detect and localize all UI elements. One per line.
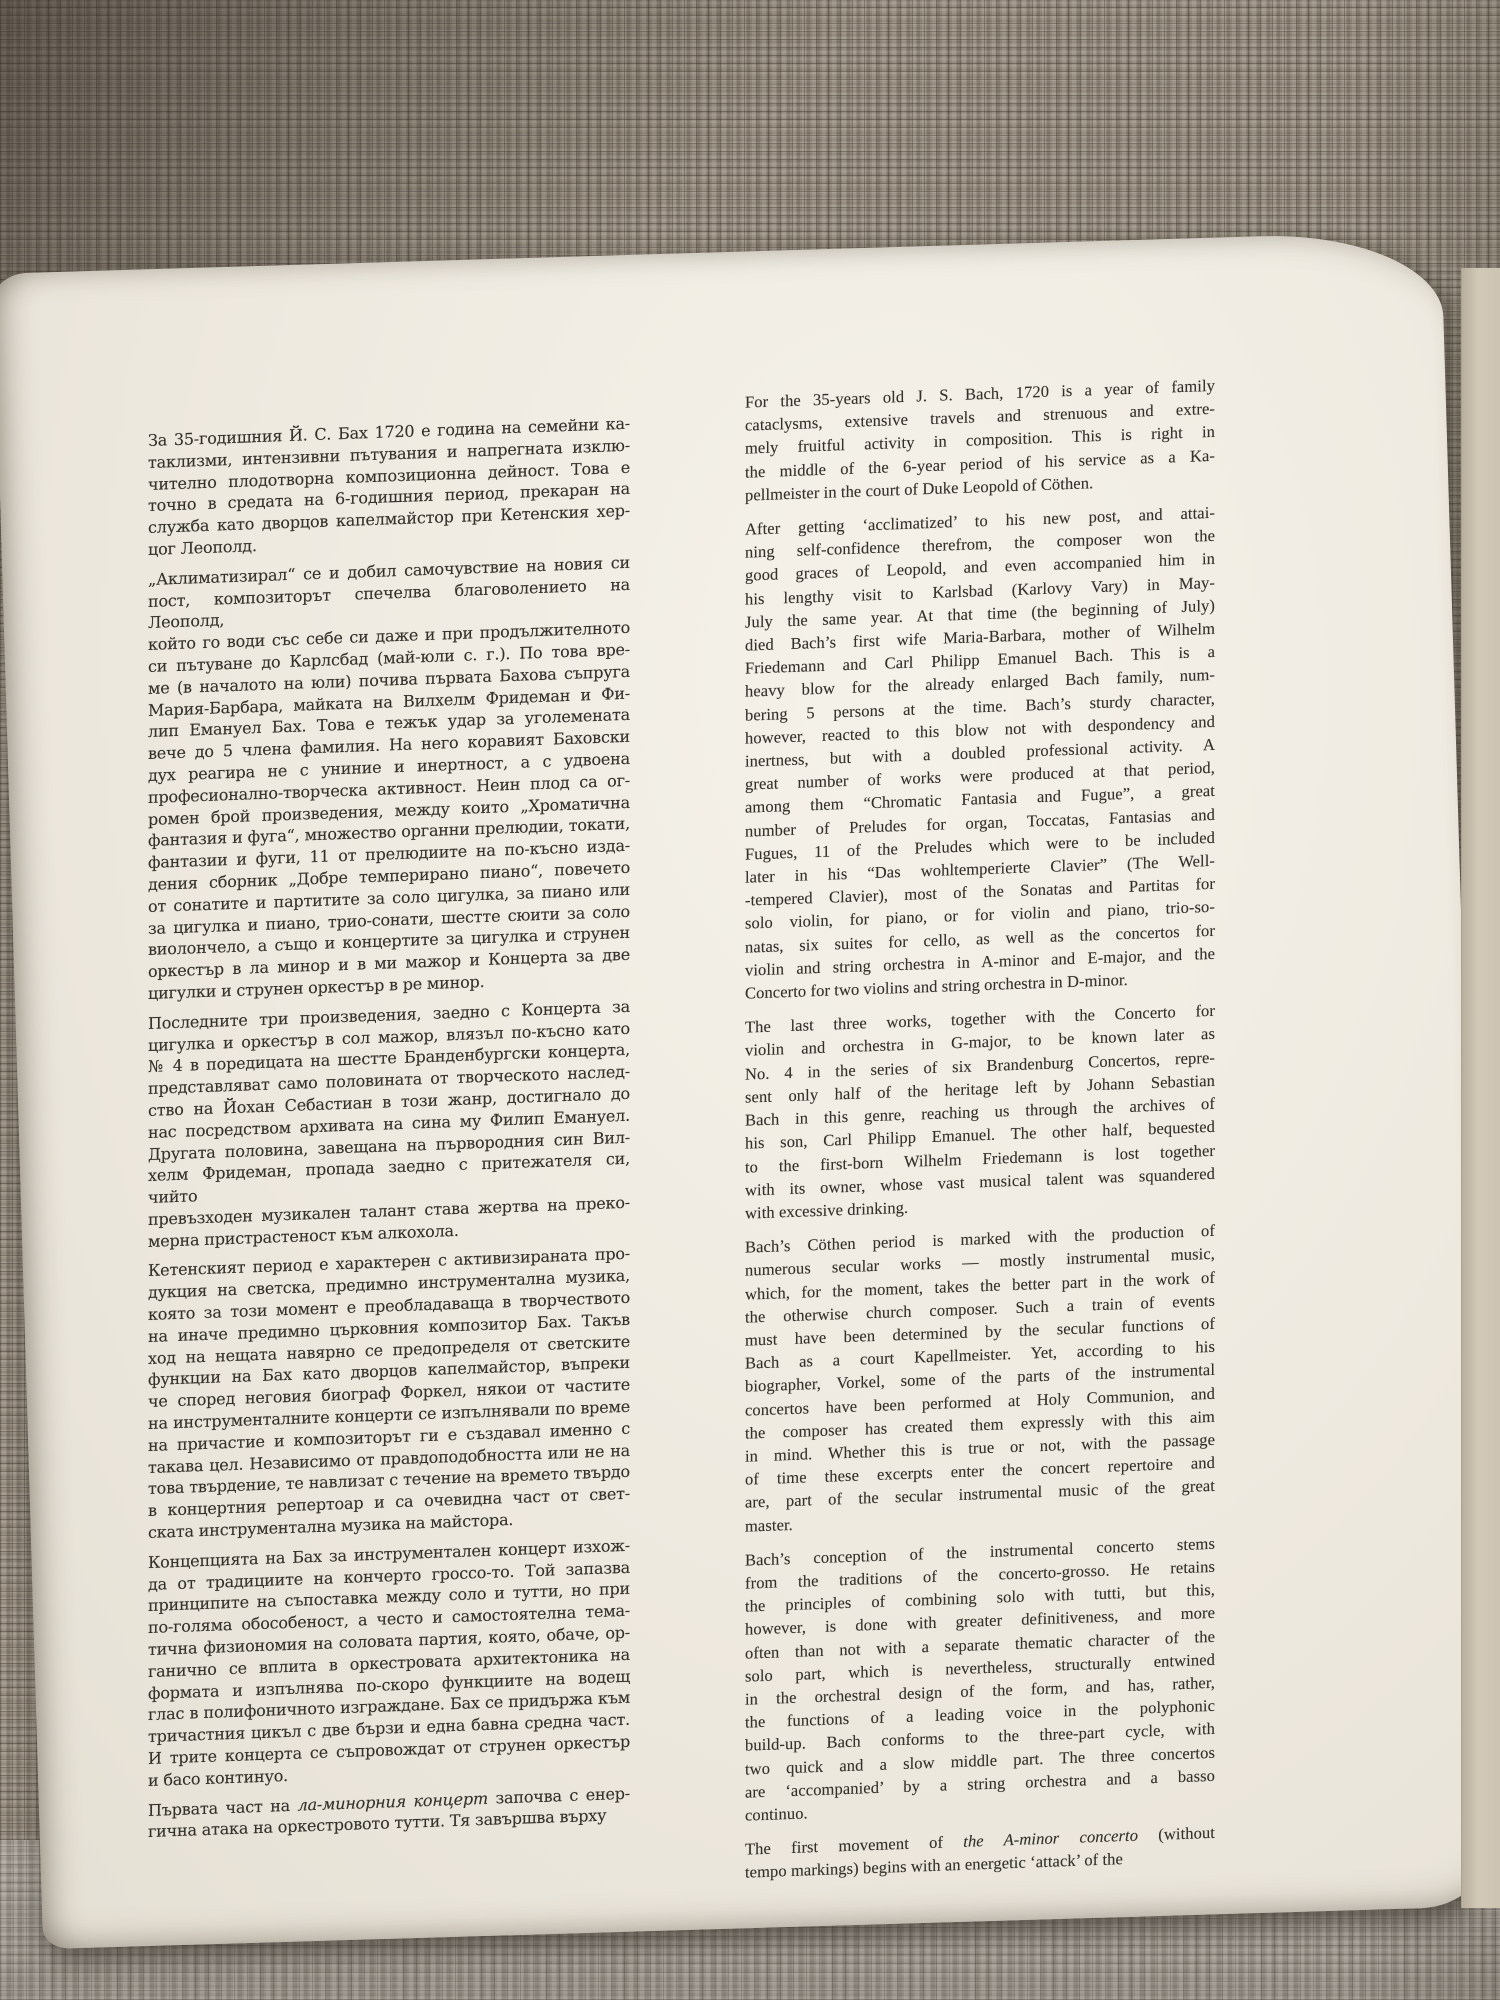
paragraph: Bach’s conception of the instrumental co…	[745, 1532, 1215, 1827]
paragraph: За 35-годишния Й. С. Бах 1720 е година н…	[148, 413, 630, 561]
english-text-column: For the 35-years old J. S. Bach, 1720 is…	[745, 374, 1215, 1895]
paragraph: After getting ‘acclimatized’ to his new …	[745, 501, 1215, 1005]
paragraph: The first movement of the A-minor concer…	[745, 1821, 1215, 1884]
paragraph: Кетенският период е характерен с активиз…	[148, 1243, 630, 1544]
paragraph: Последните три произведения, заедно с Ко…	[148, 995, 630, 1252]
page-text-layer: За 35-годишния Й. С. Бах 1720 е година н…	[0, 0, 1500, 2000]
paragraph: The last three works, together with the …	[745, 999, 1215, 1225]
paragraph: „Аклиматизирал“ се и добил самочувствие …	[148, 552, 630, 1005]
bulgarian-text-column: За 35-годишния Й. С. Бах 1720 е година н…	[148, 413, 630, 1851]
paragraph: For the 35-years old J. S. Bach, 1720 is…	[745, 374, 1215, 507]
paragraph: Първата част на ла-минорния концерт запо…	[148, 1782, 630, 1843]
paragraph: Bach’s Cöthen period is marked with the …	[745, 1219, 1215, 1537]
paragraph: Концепцията на Бах за инструментален кон…	[148, 1535, 630, 1792]
